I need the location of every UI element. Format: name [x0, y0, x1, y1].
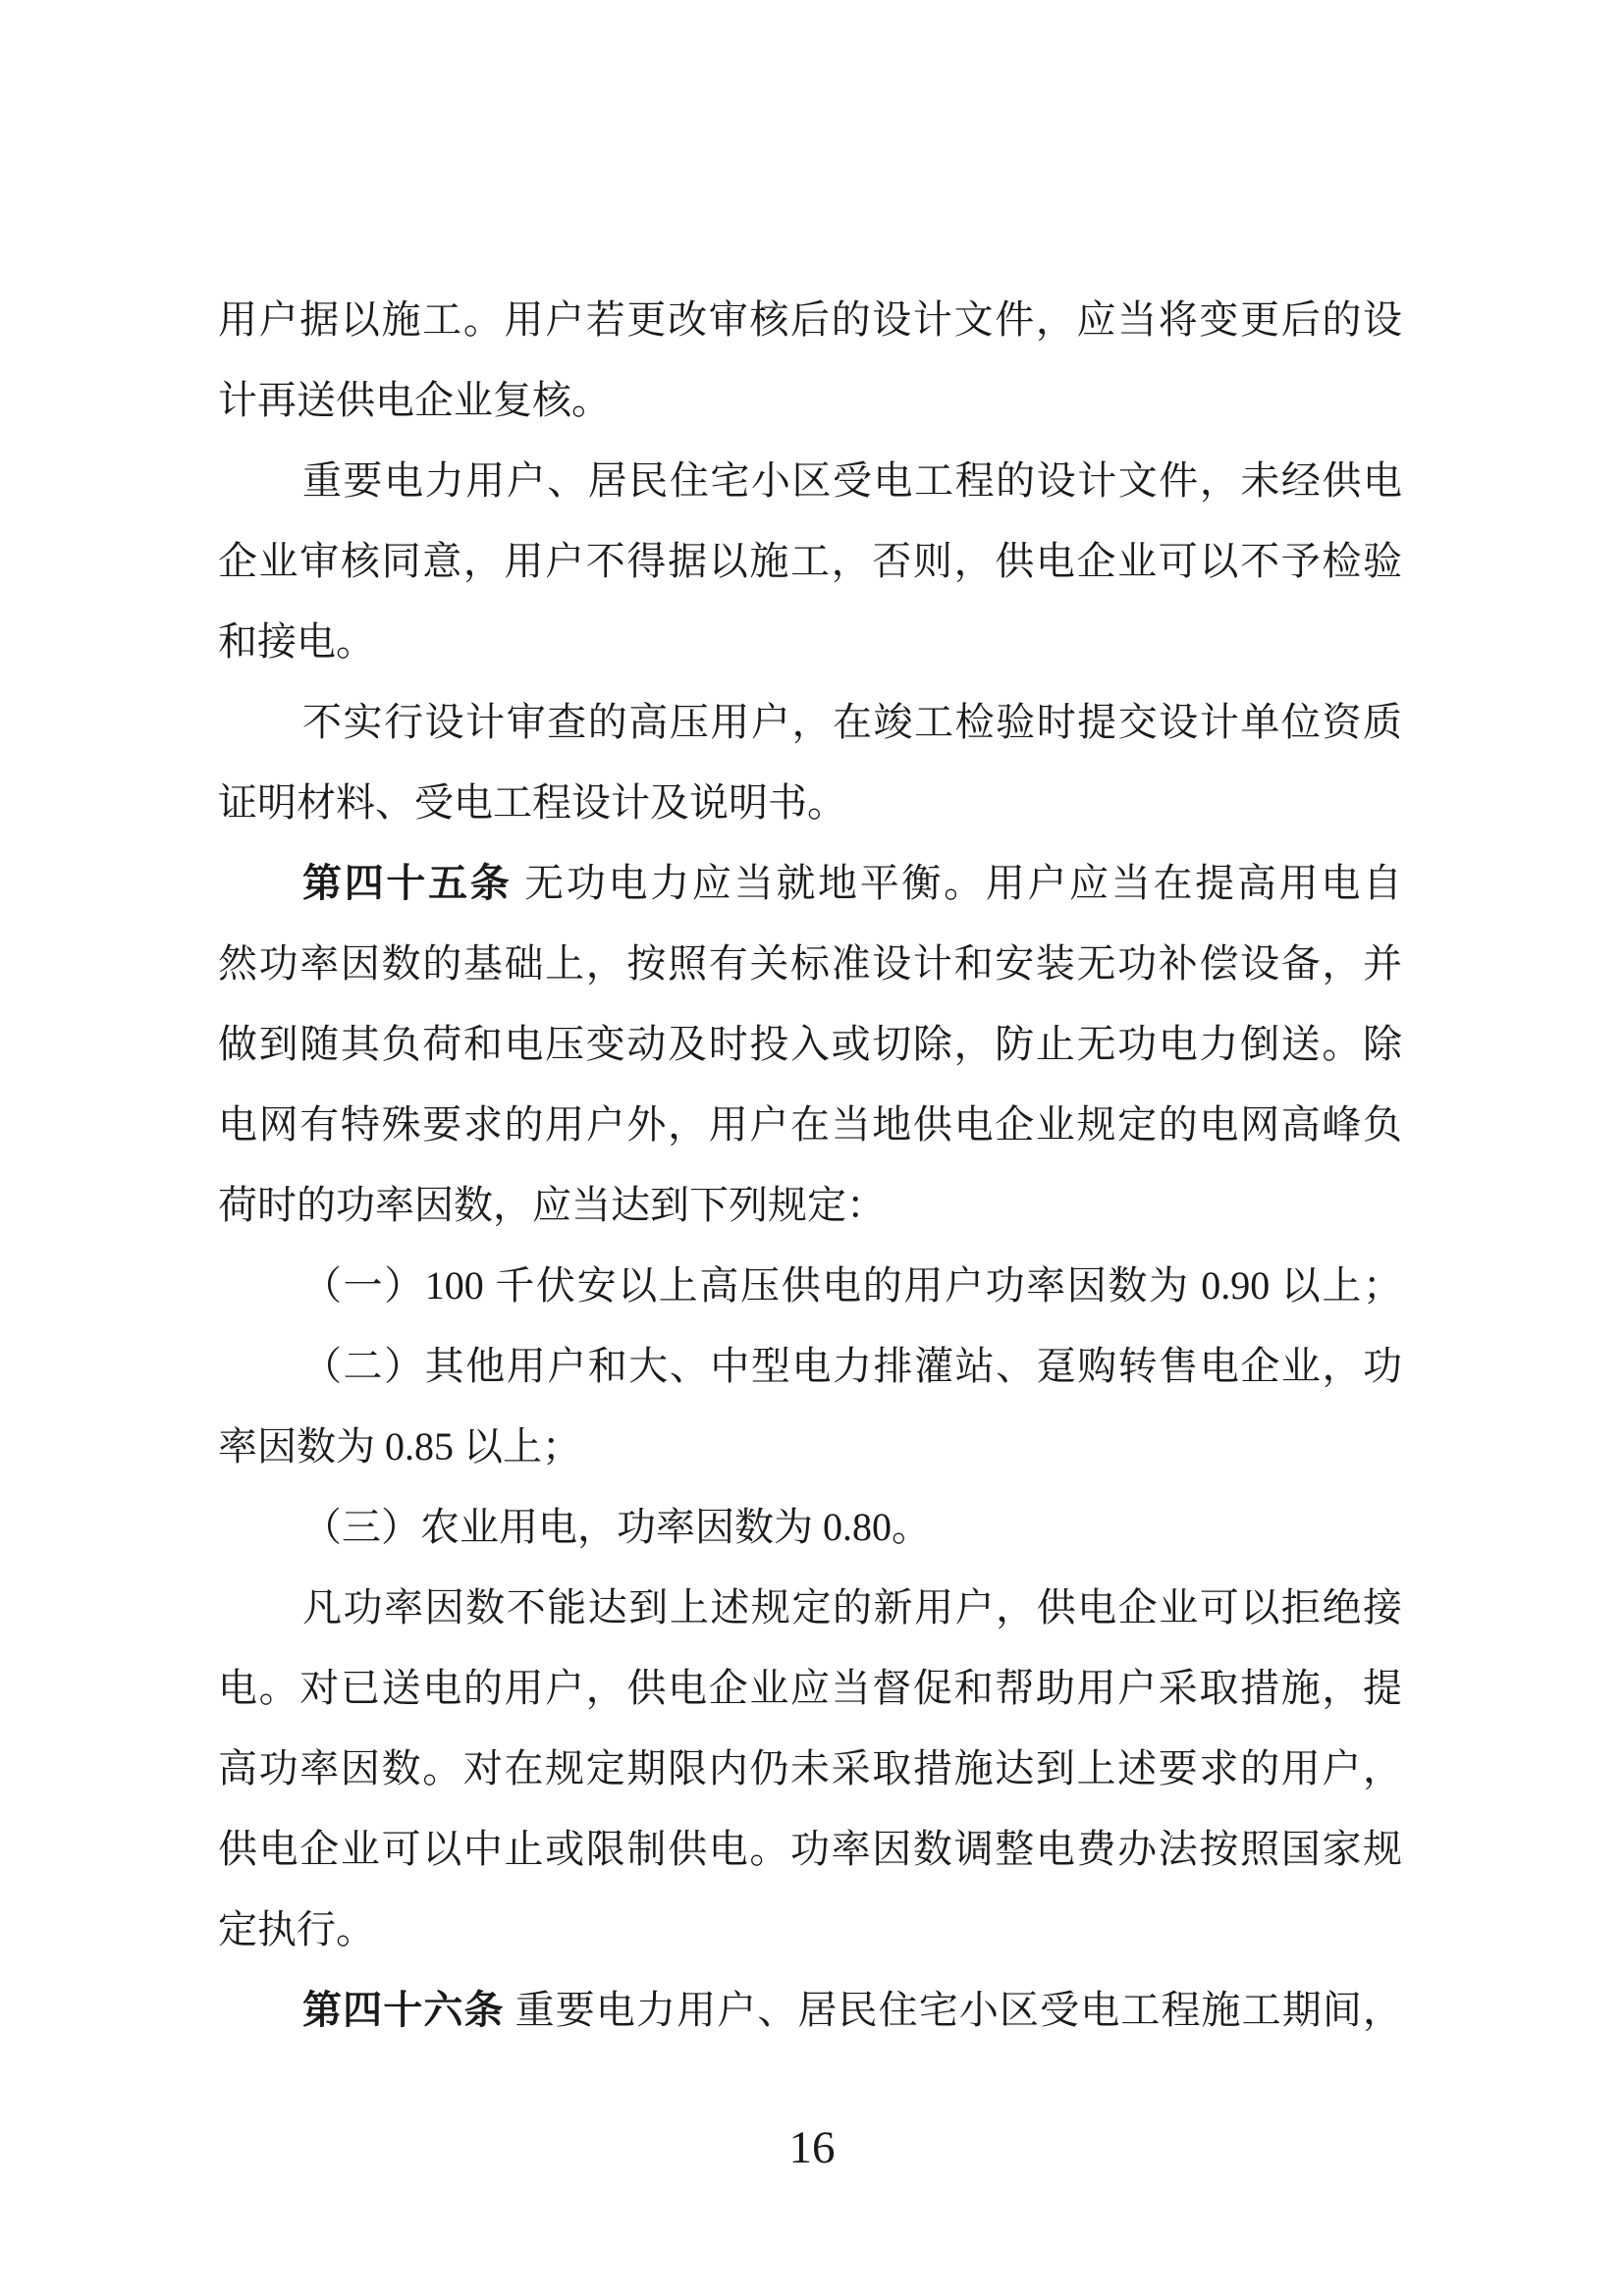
text-line: 高功率因数。对在规定期限内仍未采取措施达到上述要求的用户，: [218, 1729, 1402, 1809]
text-line: 第四十六条 重要电力用户、居民住宅小区受电工程施工期间，: [218, 1970, 1402, 2051]
text-segment: 用户据以施工。用户若更改审核后的设计文件，应当将变更后的设: [218, 297, 1402, 342]
page-number: 16: [0, 2123, 1624, 2172]
text-line: 计再送供电企业复核。: [218, 360, 1402, 441]
text-line: 率因数为 0.85 以上；: [218, 1407, 1402, 1487]
text-segment: 电。对已送电的用户，供电企业应当督促和帮助用户采取措施，提: [218, 1666, 1402, 1710]
text-line: 和接电。: [218, 602, 1402, 682]
document-page: 用户据以施工。用户若更改审核后的设计文件，应当将变更后的设计再送供电企业复核。重…: [0, 0, 1624, 2296]
text-line: （一）100 千伏安以上高压供电的用户功率因数为 0.90 以上；: [218, 1246, 1402, 1326]
text-line: （二）其他用户和大、中型电力排灌站、趸购转售电企业，功: [218, 1326, 1402, 1407]
text-line: 重要电力用户、居民住宅小区受电工程的设计文件，未经供电: [218, 441, 1402, 521]
text-segment: 供电企业可以中止或限制供电。功率因数调整电费办法按照国家规: [218, 1827, 1402, 1871]
text-line: 供电企业可以中止或限制供电。功率因数调整电费办法按照国家规: [218, 1809, 1402, 1890]
text-segment: 定执行。: [218, 1907, 375, 1951]
text-segment: （一）100 千伏安以上高压供电的用户功率因数为 0.90 以上；: [302, 1263, 1402, 1308]
text-line: 用户据以施工。用户若更改审核后的设计文件，应当将变更后的设: [218, 280, 1402, 360]
text-line: 荷时的功率因数，应当达到下列规定：: [218, 1165, 1402, 1246]
text-segment: 荷时的功率因数，应当达到下列规定：: [218, 1183, 886, 1227]
text-block: 用户据以施工。用户若更改审核后的设计文件，应当将变更后的设计再送供电企业复核。重…: [218, 280, 1402, 2051]
text-line: 定执行。: [218, 1890, 1402, 1970]
text-segment: 计再送供电企业复核。: [218, 378, 611, 422]
text-segment: 和接电。: [218, 619, 375, 664]
text-line: 不实行设计审查的高压用户，在竣工检验时提交设计单位资质: [218, 682, 1402, 763]
text-line: 第四十五条 无功电力应当就地平衡。用户应当在提高用电自: [218, 843, 1402, 924]
text-segment: 证明材料、受电工程设计及说明书。: [218, 780, 846, 825]
text-line: 证明材料、受电工程设计及说明书。: [218, 763, 1402, 843]
text-segment: 重要电力用户、居民住宅小区受电工程施工期间，: [505, 1988, 1402, 2032]
text-line: 做到随其负荷和电压变动及时投入或切除，防止无功电力倒送。除: [218, 1004, 1402, 1085]
text-line: 凡功率因数不能达到上述规定的新用户，供电企业可以拒绝接: [218, 1568, 1402, 1648]
text-segment: 不实行设计审查的高压用户，在竣工检验时提交设计单位资质: [302, 700, 1402, 744]
text-line: 电。对已送电的用户，供电企业应当督促和帮助用户采取措施，提: [218, 1648, 1402, 1729]
text-segment: （二）其他用户和大、中型电力排灌站、趸购转售电企业，功: [302, 1344, 1402, 1388]
article-number-heading: 第四十六条: [302, 1989, 505, 2032]
text-segment: 无功电力应当就地平衡。用户应当在提高用电自: [512, 861, 1402, 905]
text-line: 企业审核同意，用户不得据以施工，否则，供电企业可以不予检验: [218, 521, 1402, 602]
text-segment: 凡功率因数不能达到上述规定的新用户，供电企业可以拒绝接: [302, 1585, 1402, 1629]
text-segment: 率因数为 0.85 以上；: [218, 1424, 581, 1468]
text-segment: 重要电力用户、居民住宅小区受电工程的设计文件，未经供电: [302, 458, 1402, 503]
text-segment: （三）农业用电，功率因数为 0.80。: [302, 1505, 931, 1549]
text-line: 电网有特殊要求的用户外，用户在当地供电企业规定的电网高峰负: [218, 1085, 1402, 1165]
text-segment: 做到随其负荷和电压变动及时投入或切除，防止无功电力倒送。除: [218, 1022, 1402, 1066]
article-number-heading: 第四十五条: [302, 862, 512, 905]
text-segment: 高功率因数。对在规定期限内仍未采取措施达到上述要求的用户，: [218, 1746, 1402, 1790]
text-segment: 企业审核同意，用户不得据以施工，否则，供电企业可以不予检验: [218, 539, 1402, 583]
text-line: （三）农业用电，功率因数为 0.80。: [218, 1487, 1402, 1568]
text-segment: 电网有特殊要求的用户外，用户在当地供电企业规定的电网高峰负: [218, 1102, 1402, 1147]
text-segment: 然功率因数的基础上，按照有关标准设计和安装无功补偿设备，并: [218, 941, 1402, 986]
text-line: 然功率因数的基础上，按照有关标准设计和安装无功补偿设备，并: [218, 924, 1402, 1004]
